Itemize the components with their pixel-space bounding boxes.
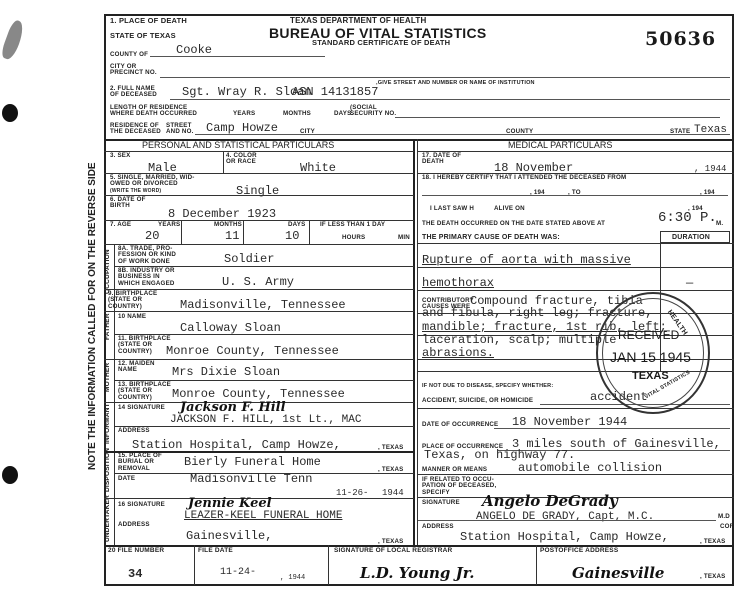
father-name-value: Calloway Sloan [180, 322, 281, 334]
last-saw-label: I LAST SAW H [430, 206, 474, 212]
postoffice-label: POSTOFFICE ADDRESS [540, 548, 618, 554]
certify-label: 18. I HEREBY CERTIFY THAT I ATTENDED THE… [422, 175, 626, 181]
undertaker-signature: Jennie Keel [188, 496, 272, 511]
age-years-label: YEARS [158, 222, 180, 228]
industry-value: U. S. Army [222, 276, 294, 288]
marital-label: 5. SINGLE, MARRIED, WID-OWED OR DIVORCED… [110, 175, 195, 194]
lt1day-label: IF LESS THAN 1 DAY [320, 222, 385, 228]
duration-value: — [686, 277, 693, 289]
side-tab-disposition: Disposition [105, 448, 111, 492]
agency-title: TEXAS DEPARTMENT OF HEALTH [290, 18, 426, 24]
not-disease-label: IF NOT DUE TO DISEASE, SPECIFY WHETHER: [422, 383, 553, 389]
received-stamp: HEALTH RECEIVED JAN 15 1945 TEXAS VITAL … [596, 292, 710, 414]
place-of-death-label: 1. PLACE OF DEATH [110, 18, 187, 24]
burial-place-value: Bierly Funeral Home [184, 456, 321, 468]
ssn-label: (SOCIALSECURITY NO. [350, 105, 396, 118]
file-date-year: , 1944 [280, 572, 305, 584]
postoffice-texas-label: , TEXAS [700, 574, 725, 580]
informant-typed-name: JACKSON F. HILL, 1st Lt., MAC [170, 414, 361, 426]
months-label: MONTHS [283, 111, 311, 117]
dob-label: 6. DATE OFBIRTH [110, 197, 146, 210]
undertaker-signature-label: 16 SIGNATURE [118, 502, 165, 508]
industry-label: 8B. INDUSTRY ORBUSINESS INWHICH ENGAGED [118, 268, 175, 287]
am-pm-label: M. [716, 221, 723, 227]
hours-label: HOURS [342, 235, 365, 241]
side-tab-occupation: Occupation [105, 249, 111, 294]
informant-signature: Jackson F. Hill [180, 400, 286, 415]
residence-label: RESIDENCE OFTHE DECEASED [110, 123, 161, 136]
physician-typed-name: ANGELO DE GRADY, Capt, M.C. [476, 511, 654, 523]
mother-name-value: Mrs Dixie Sloan [172, 366, 280, 378]
full-name-label: 2. FULL NAMEOF DECEASED [110, 86, 157, 99]
alive-on-label: ALIVE ON [494, 206, 525, 212]
death-time-value: 6:30 P. [658, 212, 717, 224]
dob-value: 8 December 1923 [168, 208, 276, 220]
asn-value: ASN 14131857 [292, 86, 378, 98]
age-years-value: 20 [145, 230, 159, 242]
birthplace-label: 9. BIRTHPLACE(STATE ORCOUNTRY) [108, 291, 157, 310]
registrar-signature: L.D. Young Jr. [360, 564, 474, 582]
side-tab-informant: Informant [105, 403, 111, 444]
paper-smudge [0, 19, 26, 61]
personal-section-title: PERSONAL AND STATISTICAL PARTICULARS [142, 141, 334, 150]
cor-label: COR [720, 524, 734, 530]
manner-value: automobile collision [518, 462, 662, 474]
contrib-line4: laceration, scalp; multiple [422, 334, 616, 346]
city-label: CITY ORPRECINCT NO. [110, 64, 157, 77]
manner-label: MANNER OR MEANS [422, 467, 487, 473]
side-tab-father: FATHER [105, 313, 111, 340]
mother-birthplace-label: 13. BIRTHPLACE(STATE ORCOUNTRY) [118, 382, 171, 401]
file-date-label: FILE DATE [198, 548, 233, 554]
form-title: STANDARD CERTIFICATE OF DEATH [312, 40, 450, 46]
min-label: MIN [398, 235, 410, 241]
occurrence-date-value: 18 November 1944 [512, 416, 627, 428]
informant-address-value: Station Hospital, Camp Howze, [132, 439, 341, 451]
informant-signature-label: 14 SIGNATURE [118, 405, 165, 411]
street-value: Camp Howze [206, 122, 278, 134]
punch-hole [2, 466, 18, 484]
burial-city-value: Madisonville Tenn [190, 473, 312, 485]
place-line2: Texas, on highway 77. [424, 449, 575, 461]
reverse-side-note: NOTE THE INFORMATION CALLED FOR ON THE R… [88, 162, 97, 470]
cert-year-stub: , 194 [530, 190, 545, 196]
primary-cause-label: THE PRIMARY CAUSE OF DEATH WAS: [422, 235, 560, 241]
residence-length-label: LENGTH OF RESIDENCEWHERE DEATH OCCURRED [110, 105, 197, 118]
trade-label: 8A. TRADE, PRO-FESSION OR KINDOF WORK DO… [118, 246, 176, 265]
primary-cause-line2: hemothorax [422, 277, 494, 289]
file-number-label: 20 FILE NUMBER [108, 548, 164, 554]
postoffice-value: Gainesville [572, 564, 664, 582]
years-label: YEARS [233, 111, 255, 117]
punch-hole [2, 104, 18, 122]
race-label: 4. COLOROR RACE [226, 153, 257, 166]
md-label: M.D [718, 514, 730, 520]
informant-address-label: ADDRESS [118, 428, 150, 434]
side-tab-undertaker: Undertaker [105, 495, 111, 542]
county-value: Cooke [176, 44, 212, 56]
cert-year-stub2: , 194 [700, 190, 715, 196]
registrar-label: SIGNATURE OF LOCAL REGISTRAR [334, 548, 452, 554]
father-name-label: 10 NAME [118, 314, 146, 320]
death-occurred-label: THE DEATH OCCURRED ON THE DATE STATED AB… [422, 221, 605, 227]
sex-label: 3. SEX [110, 153, 130, 159]
side-tab-mother: MOTHER [105, 363, 111, 392]
age-days-label: DAYS [288, 222, 305, 228]
contrib-line5: abrasions. [422, 347, 494, 359]
father-birthplace-value: Monroe County, Tennessee [166, 345, 339, 357]
age-days-value: 10 [285, 230, 299, 242]
burial-label: 15. PLACE OFBURIAL ORREMOVAL [118, 453, 162, 472]
state-label: STATE OF TEXAS [110, 33, 176, 39]
age-months-label: MONTHS [214, 222, 242, 228]
cert-to-label: , TO [568, 190, 581, 196]
age-months-value: 11 [225, 230, 239, 242]
undertaker-typed-name: LEAZER-KEEL FUNERAL HOME [184, 510, 342, 522]
certificate-number: 50636 [645, 28, 716, 50]
physician-signature-label: SIGNATURE [422, 500, 460, 506]
burial-date-label: DATE [118, 476, 135, 482]
occurrence-date-label: DATE OF OCCURRENCE [422, 422, 498, 428]
mother-birthplace-value: Monroe County, Tennessee [172, 388, 345, 400]
dod-label: 17. DATE OFDEATH [422, 153, 461, 166]
physician-signature: Angelo DeGrady [482, 492, 618, 510]
file-number-value: 34 [128, 568, 142, 580]
physician-address-label: ADDRESS [422, 524, 454, 530]
birthplace-value: Madisonville, Tennessee [180, 299, 346, 311]
age-label: 7. AGE [110, 222, 131, 228]
father-birthplace-label: 11. BIRTHPLACE(STATE ORCOUNTRY) [118, 336, 171, 355]
medical-section-title: MEDICAL PARTICULARS [508, 141, 612, 150]
file-date-value: 11-24- [220, 567, 256, 579]
undertaker-address-label: ADDRESS [118, 522, 150, 528]
physician-address-value: Station Hospital, Camp Howze, [460, 531, 669, 543]
street-label: STREETAND NO. [166, 123, 194, 136]
undertaker-address-value: Gainesville, [186, 530, 272, 542]
accident-label: ACCIDENT, SUICIDE, OR HOMICIDE [422, 398, 533, 404]
county-label: COUNTY OF [110, 52, 148, 58]
institution-hint: ,GIVE STREET AND NUMBER OR NAME OF INSTI… [376, 80, 535, 86]
primary-cause-line1: Rupture of aorta with massive [422, 254, 631, 266]
trade-value: Soldier [224, 253, 274, 265]
mother-name-label: 12. MAIDENNAME [118, 361, 155, 374]
